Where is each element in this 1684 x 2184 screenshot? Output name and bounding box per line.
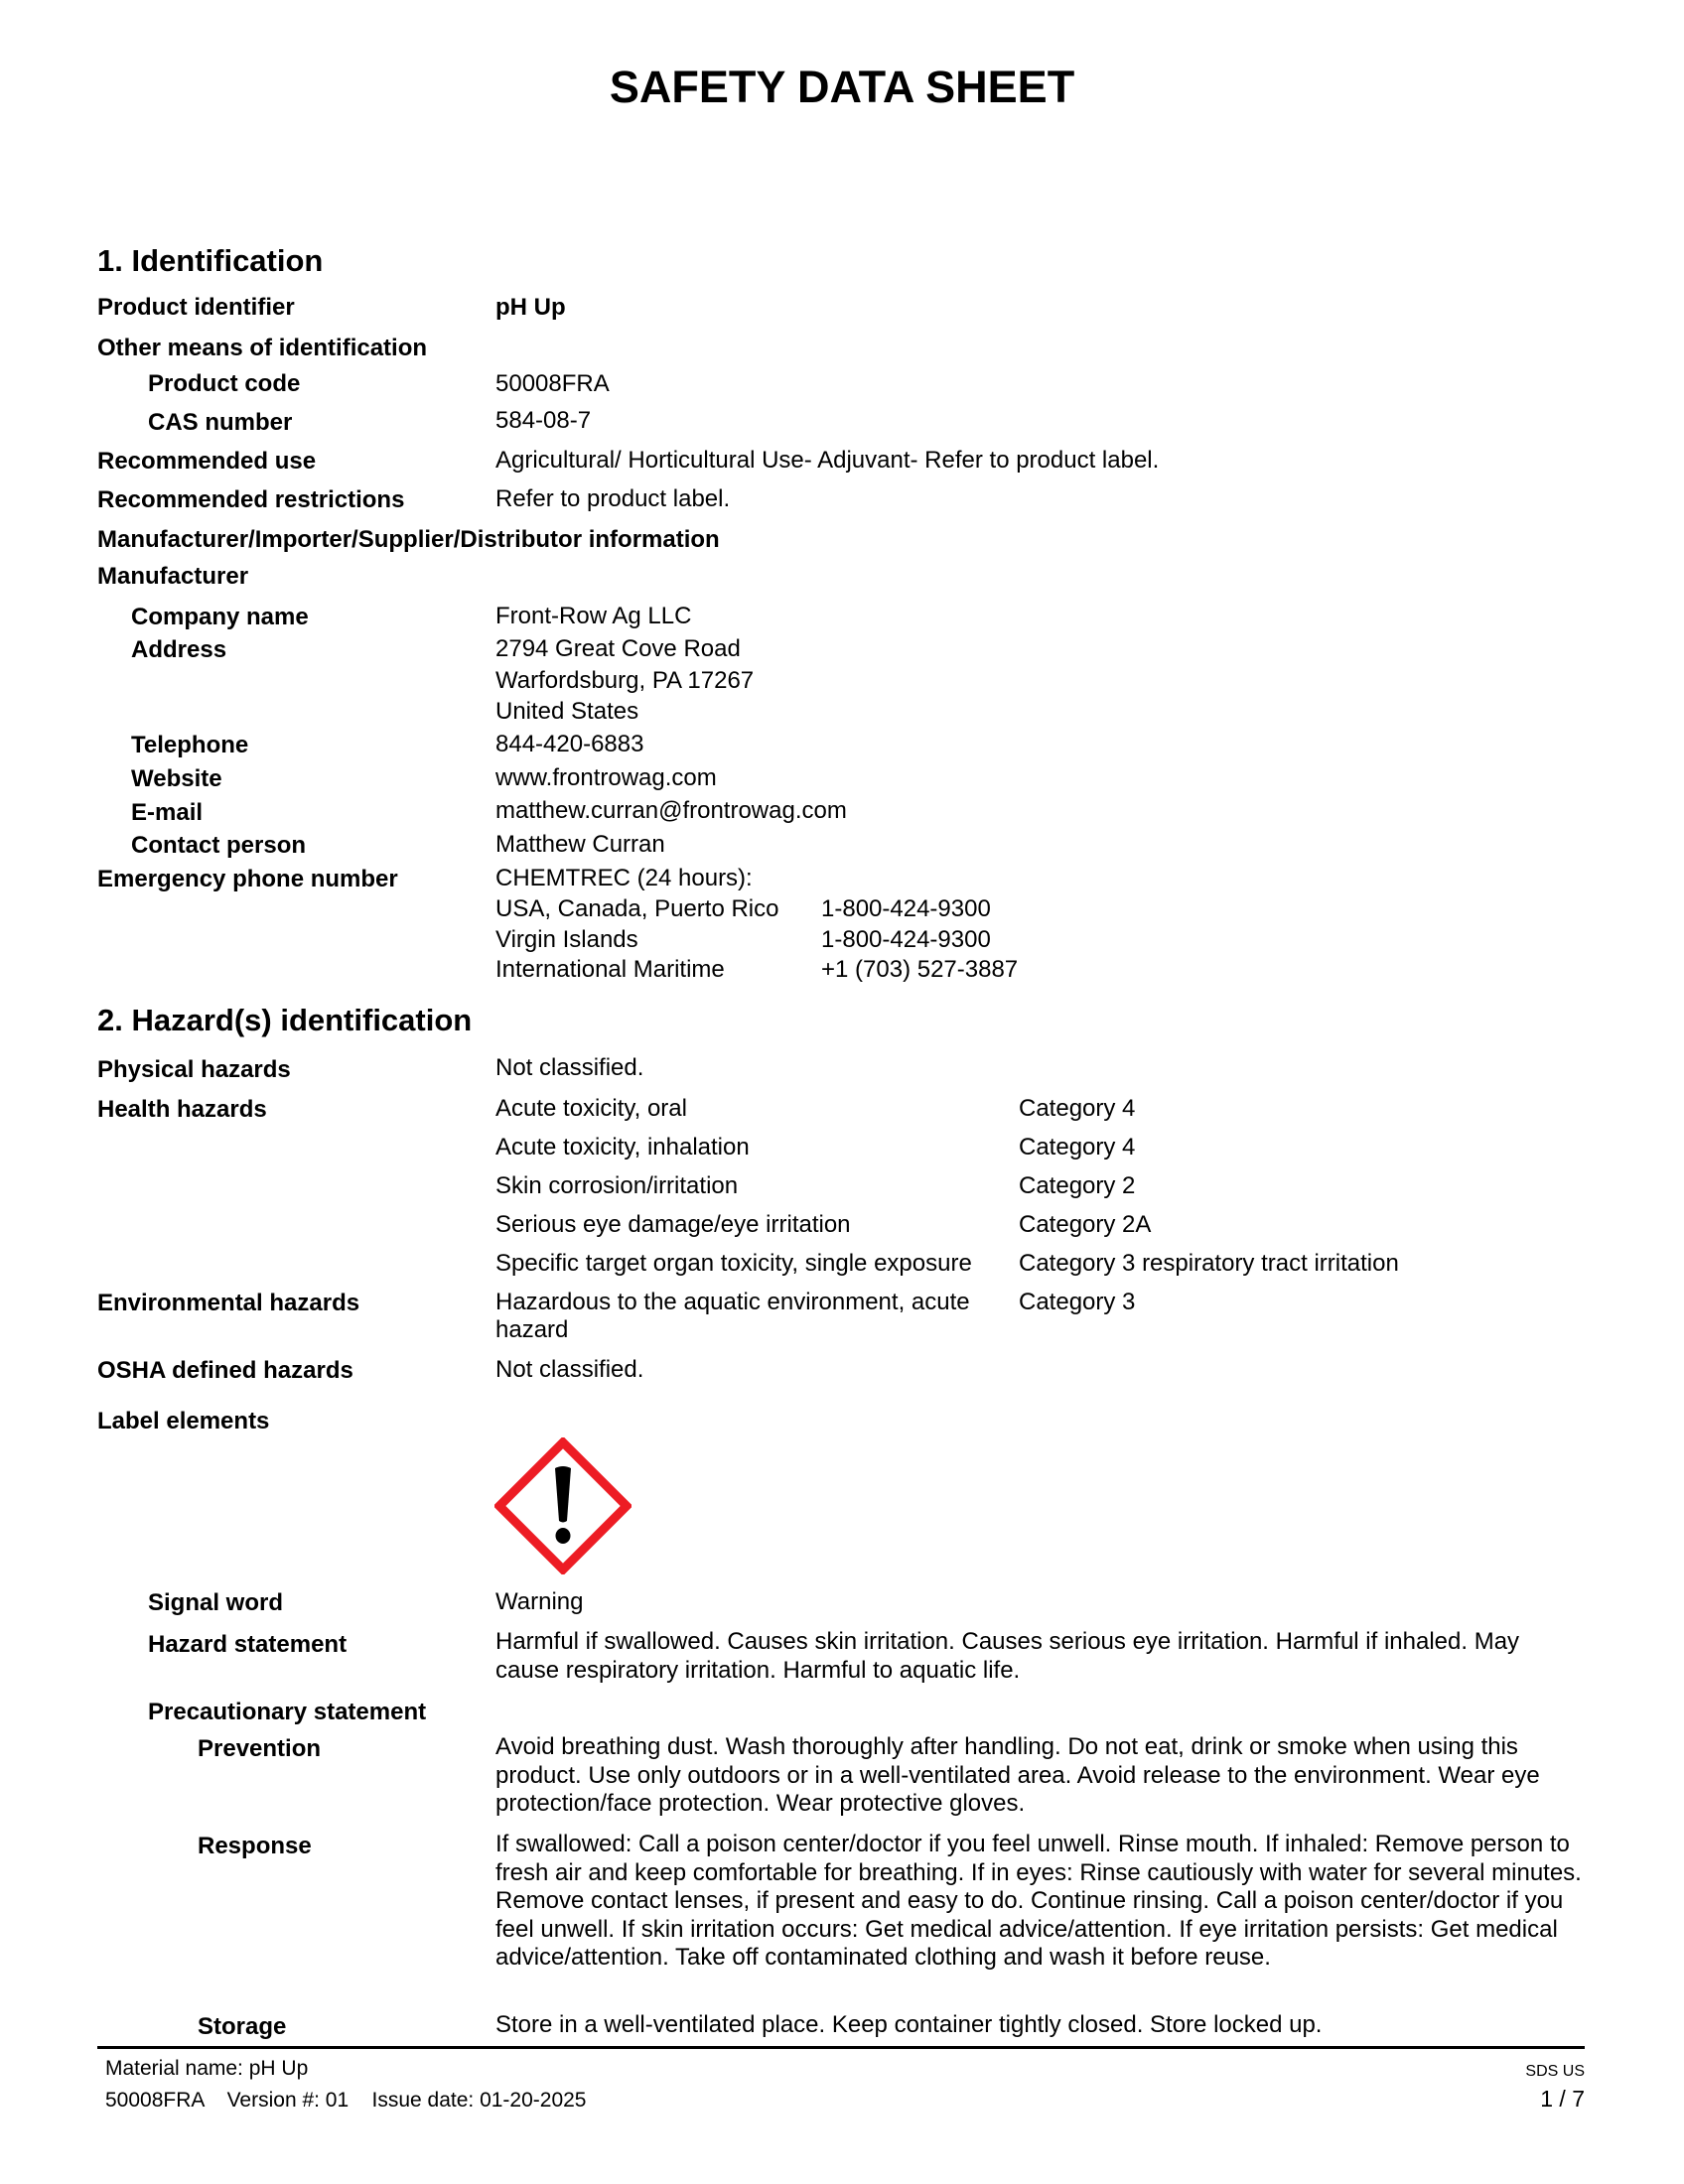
health-hazard: Specific target organ toxicity, single e… <box>495 1250 972 1278</box>
telephone-label: Telephone <box>131 732 248 759</box>
health-hazard: Skin corrosion/irritation <box>495 1172 738 1200</box>
recommended-restrictions-label: Recommended restrictions <box>97 486 404 514</box>
signal-word-value: Warning <box>495 1588 583 1616</box>
storage-text: Store in a well-ventilated place. Keep c… <box>495 2011 1322 2039</box>
website-label: Website <box>131 765 222 793</box>
health-hazard: Acute toxicity, inhalation <box>495 1134 750 1161</box>
footer-material-name: Material name: pH Up <box>105 2057 308 2081</box>
telephone-value: 844-420-6883 <box>495 731 643 758</box>
health-hazard-category: Category 4 <box>1019 1095 1135 1123</box>
cas-label: CAS number <box>148 409 292 437</box>
prevention-text: Avoid breathing dust. Wash thoroughly af… <box>495 1733 1588 1819</box>
response-text: If swallowed: Call a poison center/docto… <box>495 1831 1588 1973</box>
physical-hazards-value: Not classified. <box>495 1054 643 1082</box>
prevention-label: Prevention <box>198 1735 321 1763</box>
emergency-number: 1-800-424-9300 <box>821 926 991 954</box>
health-hazard: Acute toxicity, oral <box>495 1095 687 1123</box>
footer-page-number: 1 / 7 <box>1540 2086 1585 2113</box>
contact-person-label: Contact person <box>131 832 306 860</box>
recommended-restrictions-value: Refer to product label. <box>495 485 730 513</box>
contact-person-value: Matthew Curran <box>495 831 665 859</box>
manufacturer-info-label: Manufacturer/Importer/Supplier/Distribut… <box>97 526 720 554</box>
product-identifier-value: pH Up <box>495 294 566 322</box>
hazard-statement-text: Harmful if swallowed. Causes skin irrita… <box>495 1628 1588 1685</box>
website-link[interactable]: www.frontrowag.com <box>495 764 717 792</box>
section-2-heading: 2. Hazard(s) identification <box>97 1003 472 1038</box>
emergency-number: 1-800-424-9300 <box>821 895 991 923</box>
manufacturer-label: Manufacturer <box>97 563 248 591</box>
emergency-region: USA, Canada, Puerto Rico <box>495 895 778 923</box>
emergency-number: +1 (703) 527-3887 <box>821 956 1018 984</box>
product-identifier-label: Product identifier <box>97 294 295 322</box>
health-hazard: Serious eye damage/eye irritation <box>495 1211 851 1239</box>
emergency-header: CHEMTREC (24 hours): <box>495 865 753 892</box>
address-label: Address <box>131 636 226 664</box>
label-elements-label: Label elements <box>97 1408 269 1435</box>
document-title: SAFETY DATA SHEET <box>0 62 1684 113</box>
response-label: Response <box>198 1833 312 1860</box>
email-link[interactable]: matthew.curran@frontrowag.com <box>495 797 847 825</box>
environmental-hazards-label: Environmental hazards <box>97 1290 359 1317</box>
precautionary-statement-label: Precautionary statement <box>148 1699 426 1726</box>
recommended-use-label: Recommended use <box>97 448 316 476</box>
emergency-phone-label: Emergency phone number <box>97 866 398 893</box>
health-hazards-label: Health hazards <box>97 1096 267 1124</box>
osha-hazards-label: OSHA defined hazards <box>97 1357 353 1385</box>
emergency-region: Virgin Islands <box>495 926 638 954</box>
company-name-label: Company name <box>131 604 309 631</box>
health-hazard-category: Category 4 <box>1019 1134 1135 1161</box>
storage-label: Storage <box>198 2013 286 2041</box>
product-code-value: 50008FRA <box>495 370 610 398</box>
address-line-1: 2794 Great Cove Road <box>495 635 741 663</box>
section-1-heading: 1. Identification <box>97 243 323 279</box>
health-hazard-category: Category 2A <box>1019 1211 1151 1239</box>
email-label: E-mail <box>131 799 203 827</box>
environmental-hazard: Hazardous to the aquatic environment, ac… <box>495 1289 1002 1344</box>
footer-sds-region: SDS US <box>1525 2063 1585 2081</box>
footer-document-info: 50008FRA Version #: 01 Issue date: 01-20… <box>105 2089 587 2113</box>
emergency-region: International Maritime <box>495 956 725 984</box>
exclamation-mark-hazard-icon <box>494 1437 631 1574</box>
osha-hazards-value: Not classified. <box>495 1356 643 1384</box>
health-hazard-category: Category 2 <box>1019 1172 1135 1200</box>
health-hazard-category: Category 3 respiratory tract irritation <box>1019 1250 1399 1278</box>
other-means-label: Other means of identification <box>97 335 427 362</box>
company-name-value: Front-Row Ag LLC <box>495 603 691 630</box>
footer-divider <box>97 2046 1585 2049</box>
product-code-label: Product code <box>148 370 300 398</box>
physical-hazards-label: Physical hazards <box>97 1056 291 1084</box>
address-line-3: United States <box>495 698 638 726</box>
hazard-statement-label: Hazard statement <box>148 1631 347 1659</box>
address-line-2: Warfordsburg, PA 17267 <box>495 667 754 695</box>
cas-value: 584-08-7 <box>495 407 591 435</box>
recommended-use-value: Agricultural/ Horticultural Use- Adjuvan… <box>495 447 1159 475</box>
environmental-hazard-category: Category 3 <box>1019 1289 1135 1316</box>
signal-word-label: Signal word <box>148 1589 283 1617</box>
